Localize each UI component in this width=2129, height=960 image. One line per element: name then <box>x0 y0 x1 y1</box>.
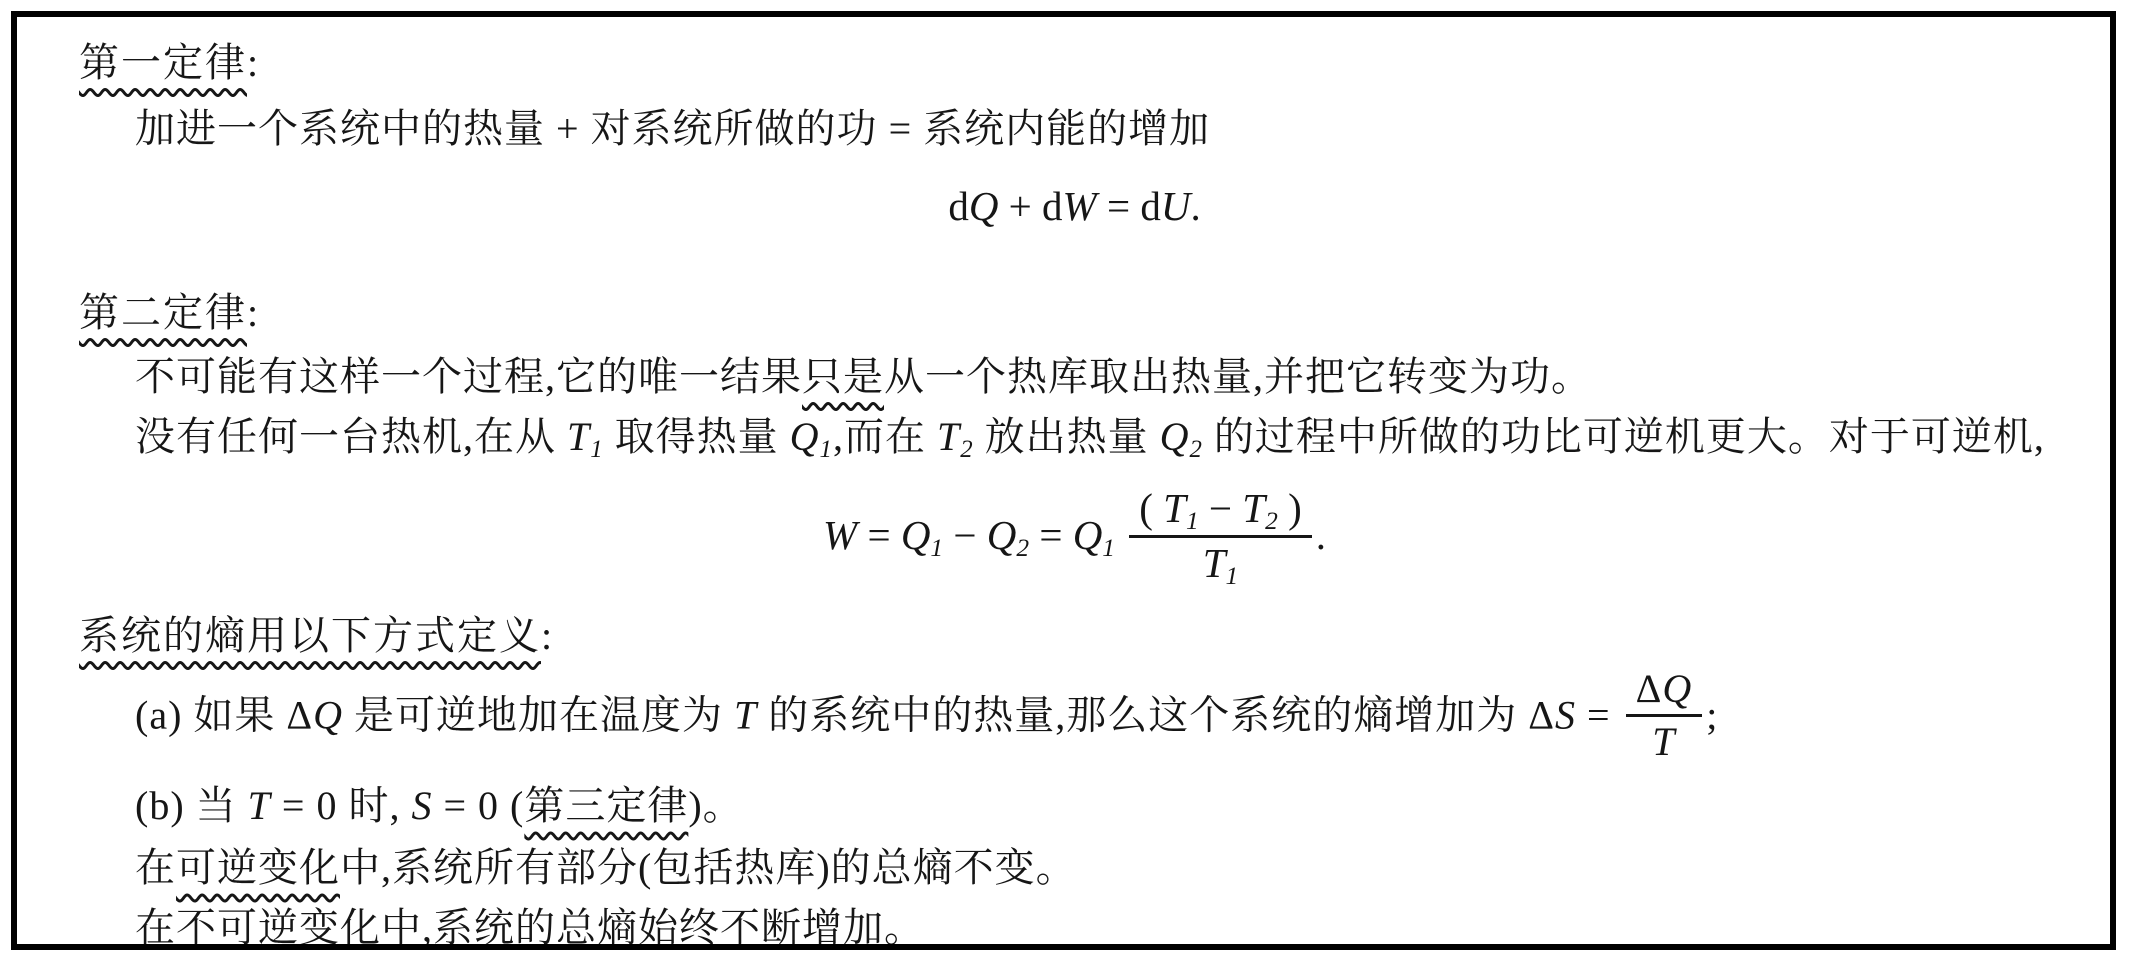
second-law-equation: W = Q1 − Q2 = Q1 ( T1 − T2 )T1. <box>79 489 2070 590</box>
first-law-equation: dQ + dW = dU. <box>79 175 2070 237</box>
first-law-statement: 加进一个系统中的热量 + 对系统所做的功 = 系统内能的增加 <box>135 99 2070 159</box>
entropy-reversible-note: 在可逆变化中,系统所有部分(包括热库)的总熵不变。 <box>135 838 2070 898</box>
second-law-statement-2: 没有任何一台热机,在从 T1 取得热量 Q1,而在 T2 放出热量 Q2 的过程… <box>135 407 2070 467</box>
second-law-heading: 第二定律: <box>79 281 2070 345</box>
entropy-irreversible-note: 在不可逆变化中,系统的总熵始终不断增加。 <box>135 898 2070 950</box>
second-law-statement-1: 不可能有这样一个过程,它的唯一结果只是从一个热库取出热量,并把它转变为功。 <box>135 347 2070 407</box>
entropy-definition-heading: 系统的熵用以下方式定义: <box>79 604 2070 668</box>
first-law-heading: 第一定律: <box>79 31 2070 95</box>
thermodynamics-laws-panel: 第一定律: 加进一个系统中的热量 + 对系统所做的功 = 系统内能的增加 dQ … <box>11 11 2116 950</box>
entropy-item-b: (b) 当 T = 0 时, S = 0 (第三定律)。 <box>135 774 2070 838</box>
entropy-item-a: (a) 如果 ΔQ 是可逆地加在温度为 T 的系统中的热量,那么这个系统的熵增加… <box>135 670 2070 769</box>
